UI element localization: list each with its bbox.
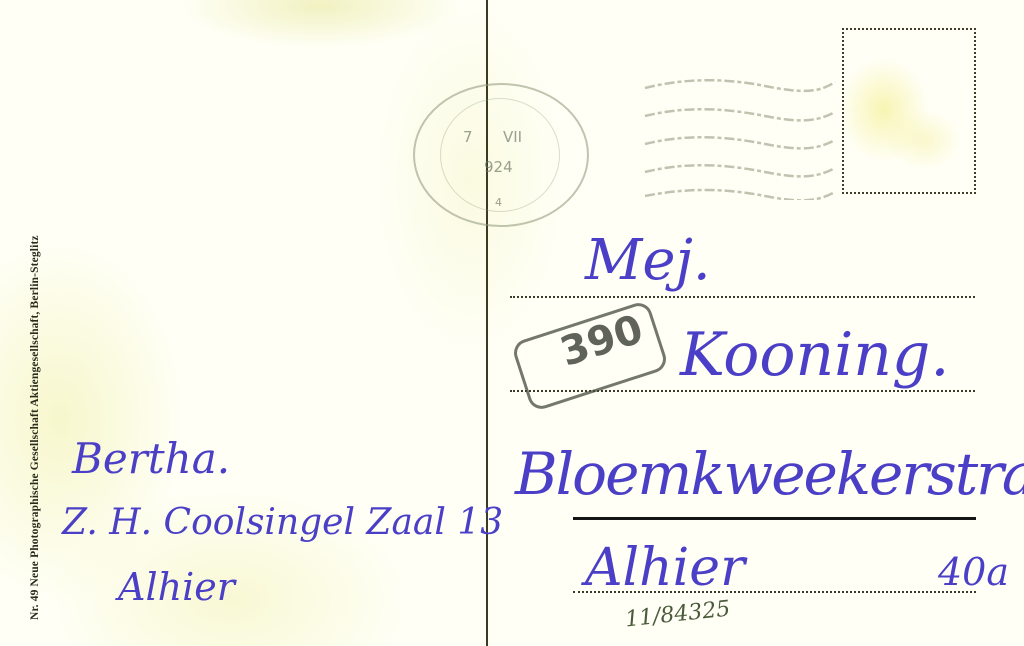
sender-name: Bertha. <box>72 434 230 483</box>
postmark-year: 924 <box>484 158 513 176</box>
recipient-house-number: 40a <box>938 550 1009 594</box>
wavy-cancellation-lines <box>640 70 840 200</box>
postmark-day: 7 <box>463 128 473 146</box>
stamp-placeholder-box <box>842 28 976 194</box>
publisher-imprint: Nr. 49 Neue Photographische Gesellschaft… <box>29 235 41 620</box>
sender-city: Alhier <box>118 565 235 609</box>
recipient-name: Kooning. <box>680 320 949 390</box>
postmark-lower: 4 <box>495 196 502 209</box>
address-line-1 <box>510 296 975 298</box>
pencil-note: 11/84325 <box>624 597 731 633</box>
recipient-street: Bloemkweekerstraat <box>515 440 1024 508</box>
postcard-back: Nr. 49 Neue Photographische Gesellschaft… <box>0 0 1024 646</box>
sender-street: Z. H. Coolsingel Zaal 13 <box>62 502 503 543</box>
postmark-inner-ring <box>440 98 560 212</box>
recipient-city: Alhier <box>585 538 745 598</box>
recipient-salutation: Mej. <box>585 228 711 293</box>
address-line-3-underline <box>573 517 976 520</box>
postmark-month: VII <box>503 128 522 146</box>
